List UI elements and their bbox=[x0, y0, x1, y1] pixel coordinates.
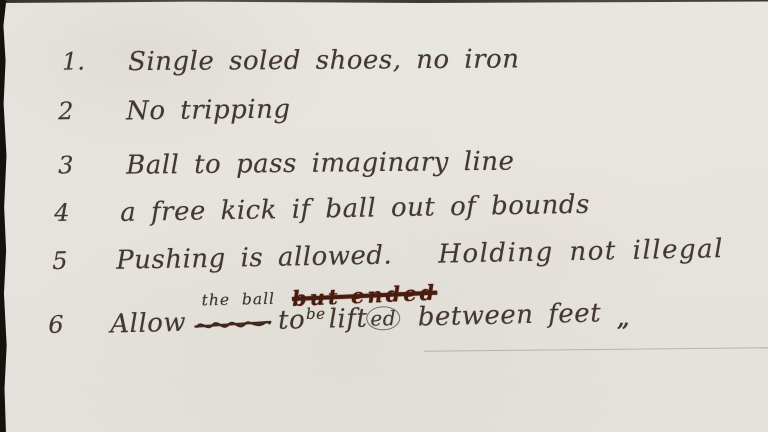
scan-edge-left bbox=[0, 0, 9, 432]
scan-edge-top bbox=[0, 0, 768, 3]
rule-number: 2 bbox=[58, 97, 74, 125]
rule-line-1: 1. Single soled shoes, no iron bbox=[0, 43, 768, 48]
rule-text: Ball to pass imaginary line bbox=[126, 146, 561, 181]
faint-crease-line bbox=[424, 347, 768, 352]
rule-number: 3 bbox=[58, 151, 74, 179]
rule-line-3: 3 Ball to pass imaginary line bbox=[0, 144, 768, 152]
rule-number: 1. bbox=[62, 47, 85, 75]
insertion-be: be bbox=[306, 305, 326, 323]
rule-text: a free kick if ball out of bounds bbox=[120, 189, 636, 228]
rule-text: Single soled shoes, no iron bbox=[128, 44, 566, 77]
rule-text: Pushing is allowed.Holding not illegal bbox=[116, 234, 724, 276]
circled-letters: ed bbox=[366, 306, 400, 331]
emendation-group: the ball bbox=[194, 306, 273, 338]
manuscript-page: 1. Single soled shoes, no iron 2 No trip… bbox=[0, 0, 768, 432]
rule-number: 5 bbox=[52, 247, 68, 275]
insertion-the-ball: the ball bbox=[201, 290, 275, 310]
rule-number: 4 bbox=[54, 199, 70, 227]
rule-line-2: 2 No tripping bbox=[0, 89, 768, 98]
rule-text: No tripping bbox=[126, 94, 337, 127]
ditto-mark: ,, bbox=[617, 307, 627, 331]
rule-line-4: 4 a free kick if ball out of bounds bbox=[0, 187, 768, 200]
rule-number: 6 bbox=[48, 311, 64, 339]
rule-text: Allowthe balltobelifted between feet,, bbox=[110, 298, 627, 343]
scribbled-out-word-icon bbox=[194, 314, 272, 334]
rule-line-5: 5 Pushing is allowed.Holding not illegal bbox=[0, 233, 768, 248]
